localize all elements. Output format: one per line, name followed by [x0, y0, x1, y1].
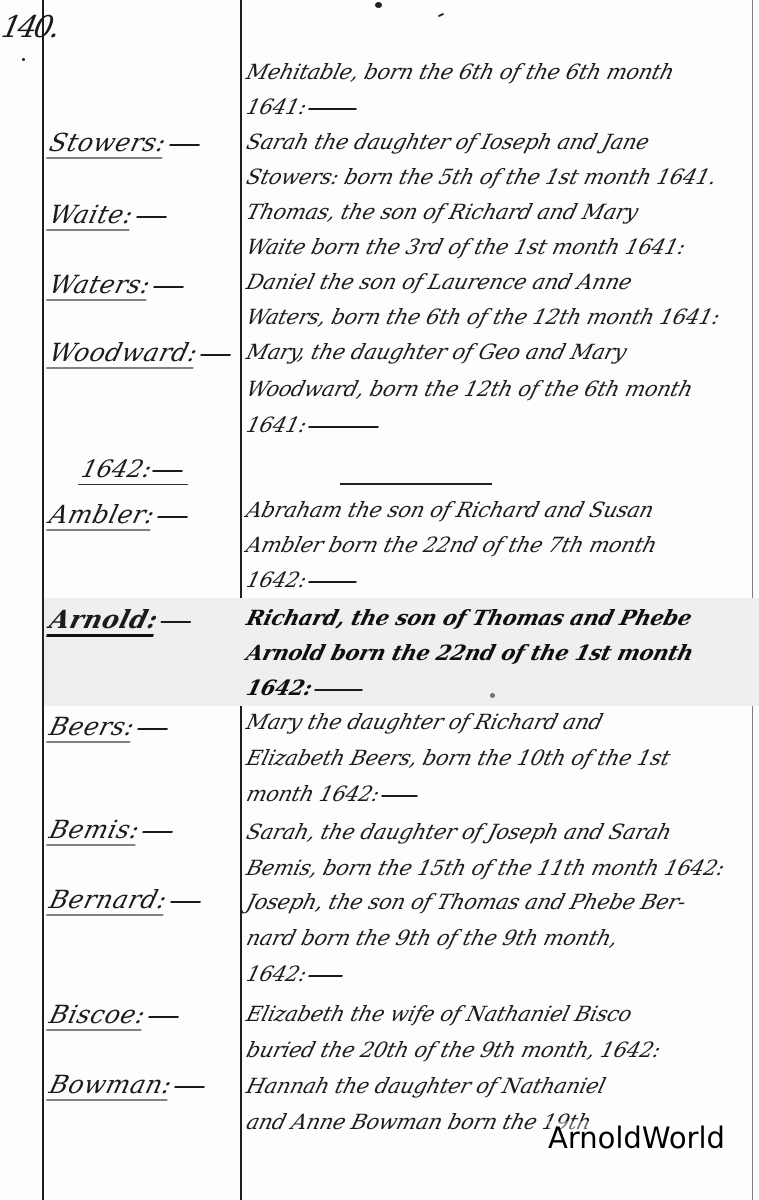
entry-line: Ambler born the 22nd of the 7th month — [244, 533, 659, 557]
surname-arnold: Arnold: — [46, 605, 195, 637]
entry-line: buried the 20th of the 9th month, 1642: — [244, 1038, 663, 1062]
year-heading: 1642: — [79, 455, 187, 483]
entry-line-arnold: 1642: — [244, 675, 366, 700]
entry-line: Joseph, the son of Thomas and Phebe Ber- — [244, 890, 688, 914]
entry-line: 1642: — [244, 962, 346, 986]
entry-line: Mary, the daughter of Geo and Mary — [244, 340, 629, 364]
entry-line: month 1642: — [244, 782, 421, 806]
ink-speck — [22, 58, 25, 61]
entry-line-arnold: Richard, the son of Thomas and Phebe — [244, 605, 694, 630]
entry-line: Stowers: born the 5th of the 1st month 1… — [244, 165, 719, 189]
entry-line: Abraham the son of Richard and Susan — [244, 498, 656, 522]
surname-bernard: Bernard: — [46, 885, 204, 916]
entry-line: Woodward, born the 12th of the 6th month — [244, 377, 695, 401]
entry-line: Elizabeth the wife of Nathaniel Bisco — [244, 1002, 634, 1026]
watermark: ArnoldWorld — [548, 1121, 725, 1155]
ink-speck — [490, 693, 495, 698]
entry-line: 1641: — [244, 413, 382, 437]
entry-line: Sarah, the daughter of Joseph and Sarah — [244, 820, 674, 844]
entry-line: 1641: — [244, 95, 360, 119]
ink-speck — [438, 13, 444, 17]
entry-line: Bemis, born the 15th of the 11th month 1… — [244, 856, 727, 880]
surname-bemis: Bemis: — [46, 815, 177, 846]
entry-line: Mehitable, born the 6th of the 6th month — [244, 60, 677, 84]
entry-line: Daniel the son of Laurence and Anne — [244, 270, 634, 294]
entry-line: and Anne Bowman born the 19th — [244, 1110, 594, 1134]
entry-line: Hannah the daughter of Nathaniel — [244, 1074, 608, 1098]
surname-beers: Beers: — [46, 712, 172, 743]
entry-line: Sarah the daughter of Ioseph and Jane — [244, 130, 652, 154]
entry-line: nard born the 9th of the 9th month, — [244, 926, 620, 950]
surname-stowers: Stowers: — [46, 128, 203, 159]
register-page: 140. Stowers: Waite: Waters: Woodward: 1… — [0, 0, 759, 1200]
section-divider — [340, 483, 492, 485]
surname-woodward: Woodward: — [46, 338, 235, 369]
surname-waters: Waters: — [46, 270, 188, 301]
entry-line: Elizabeth Beers, born the 10th of the 1s… — [244, 746, 672, 770]
surname-waite: Waite: — [46, 200, 170, 231]
entry-line: 1642: — [244, 568, 360, 592]
ink-speck — [375, 2, 382, 8]
entry-line: Thomas, the son of Richard and Mary — [244, 200, 641, 224]
page-number: 140. — [0, 10, 61, 45]
entry-line: Waite born the 3rd of the 1st month 1641… — [244, 235, 688, 259]
surname-ambler: Ambler: — [46, 500, 192, 531]
entry-line: Waters, born the 6th of the 12th month 1… — [244, 305, 722, 329]
entry-line: Mary the daughter of Richard and — [244, 710, 605, 734]
surname-biscoe: Biscoe: — [46, 1000, 183, 1031]
entry-line-arnold: Arnold born the 22nd of the 1st month — [244, 640, 696, 665]
surname-bowman: Bowman: — [46, 1070, 209, 1101]
